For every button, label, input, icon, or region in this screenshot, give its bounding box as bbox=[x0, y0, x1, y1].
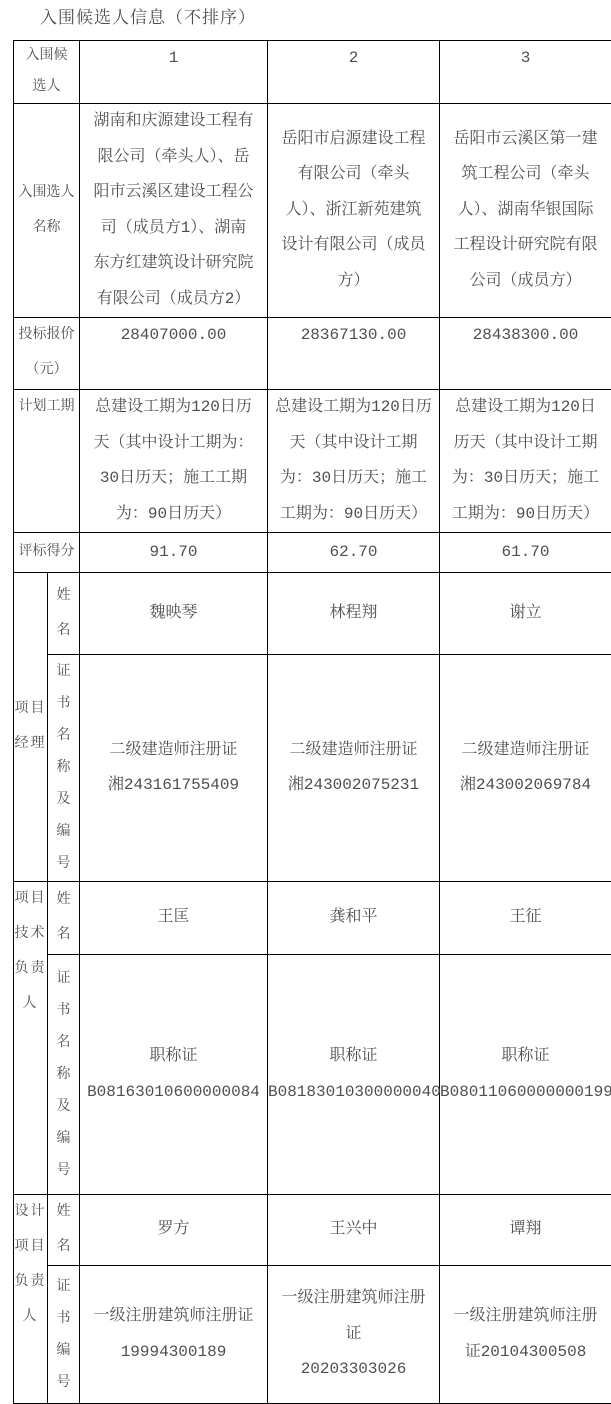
group-label-project-manager: 项目 经理 bbox=[14, 573, 48, 882]
company-name-col3: 岳阳市云溪区第一建 筑工程公司（牵头 人）、湖南华银国际 工程设计研究院有限 公… bbox=[440, 104, 611, 318]
pm-cert-col3: 二级建造师注册证 湘243002069784 bbox=[440, 655, 611, 882]
row-design-cert: 证 书 编 号 一级注册建筑师注册证 19994300189 一级注册建筑师注册… bbox=[14, 1266, 611, 1404]
row-company-name: 入围选人 名称 湖南和庆源建设工程有 限公司（牵头人）、岳 阳市云溪区建设工程公… bbox=[14, 104, 611, 318]
design-cert-col2: 一级注册建筑师注册 证 20203303026 bbox=[268, 1266, 440, 1404]
page-title: 入围候选人信息（不排序） bbox=[40, 8, 611, 32]
row-label-planned-duration: 计划工期 bbox=[14, 390, 80, 533]
candidate-index-col3: 3 bbox=[440, 41, 611, 104]
group-label-design-director: 设计 项目 负责 人 bbox=[14, 1195, 48, 1404]
company-name-col2: 岳阳市启源建设工程 有限公司（牵头 人）、浙江新苑建筑 设计有限公司（成员 方） bbox=[268, 104, 440, 318]
tech-cert-col3: 职称证 B08011060000000199 bbox=[440, 955, 611, 1195]
planned-duration-col1: 总建设工期为120日历 天（其中设计工期为： 30日历天；施工工期 为：90日历… bbox=[80, 390, 268, 533]
pm-name-col2: 林程翔 bbox=[268, 573, 440, 655]
row-label-company-name: 入围选人 名称 bbox=[14, 104, 80, 318]
group-label-technical-director: 项目 技术 负责 人 bbox=[14, 882, 48, 1195]
pm-name-col1: 魏映琴 bbox=[80, 573, 268, 655]
evaluation-score-col1: 91.70 bbox=[80, 533, 268, 573]
tech-name-label: 姓 名 bbox=[48, 882, 80, 955]
design-name-col2: 王兴中 bbox=[268, 1195, 440, 1266]
design-name-col1: 罗方 bbox=[80, 1195, 268, 1266]
tech-name-col1: 王匡 bbox=[80, 882, 268, 955]
design-name-col3: 谭翔 bbox=[440, 1195, 611, 1266]
tech-name-col3: 王征 bbox=[440, 882, 611, 955]
row-candidate-index: 入围候 选人 1 2 3 bbox=[14, 41, 611, 104]
design-cert-col3: 一级注册建筑师注册 证20104300508 bbox=[440, 1266, 611, 1404]
planned-duration-col3: 总建设工期为120日 历天（其中设计工期 为：30日历天；施工 工期为：90日历… bbox=[440, 390, 611, 533]
pm-name-label: 姓 名 bbox=[48, 573, 80, 655]
candidate-index-col1: 1 bbox=[80, 41, 268, 104]
row-label-bid-price: 投标报价 （元） bbox=[14, 318, 80, 390]
bid-price-col1: 28407000.00 bbox=[80, 318, 268, 390]
design-cert-col1: 一级注册建筑师注册证 19994300189 bbox=[80, 1266, 268, 1404]
row-tech-name: 项目 技术 负责 人 姓 名 王匡 龚和平 王征 bbox=[14, 882, 611, 955]
row-label-evaluation-score: 评标得分 bbox=[14, 533, 80, 573]
pm-cert-col2: 二级建造师注册证 湘243002075231 bbox=[268, 655, 440, 882]
row-pm-name: 项目 经理 姓 名 魏映琴 林程翔 谢立 bbox=[14, 573, 611, 655]
row-planned-duration: 计划工期 总建设工期为120日历 天（其中设计工期为： 30日历天；施工工期 为… bbox=[14, 390, 611, 533]
evaluation-score-col3: 61.70 bbox=[440, 533, 611, 573]
row-pm-cert: 证 书 名 称 及 编 号 二级建造师注册证 湘243161755409 二级建… bbox=[14, 655, 611, 882]
candidates-table: 入围候 选人 1 2 3 入围选人 名称 湖南和庆源建设工程有 限公司（牵头人）… bbox=[13, 40, 611, 1404]
evaluation-score-col2: 62.70 bbox=[268, 533, 440, 573]
tech-name-col2: 龚和平 bbox=[268, 882, 440, 955]
pm-name-col3: 谢立 bbox=[440, 573, 611, 655]
tech-cert-col2: 职称证 B08183010300000040 bbox=[268, 955, 440, 1195]
row-bid-price: 投标报价 （元） 28407000.00 28367130.00 2843830… bbox=[14, 318, 611, 390]
row-evaluation-score: 评标得分 91.70 62.70 61.70 bbox=[14, 533, 611, 573]
design-name-label: 姓 名 bbox=[48, 1195, 80, 1266]
page: 入围候选人信息（不排序） 入围候 选人 1 2 3 入围选人 名称 湖南和庆源建… bbox=[0, 0, 611, 1404]
row-tech-cert: 证 书 名 称 及 编 号 职称证 B08163010600000084 职称证… bbox=[14, 955, 611, 1195]
design-cert-label: 证 书 编 号 bbox=[48, 1266, 80, 1404]
pm-cert-col1: 二级建造师注册证 湘243161755409 bbox=[80, 655, 268, 882]
bid-price-col2: 28367130.00 bbox=[268, 318, 440, 390]
tech-cert-label: 证 书 名 称 及 编 号 bbox=[48, 955, 80, 1195]
candidate-index-col2: 2 bbox=[268, 41, 440, 104]
tech-cert-col1: 职称证 B08163010600000084 bbox=[80, 955, 268, 1195]
row-design-name: 设计 项目 负责 人 姓 名 罗方 王兴中 谭翔 bbox=[14, 1195, 611, 1266]
planned-duration-col2: 总建设工期为120日历 天（其中设计工期 为：30日历天；施工 工期为：90日历… bbox=[268, 390, 440, 533]
bid-price-col3: 28438300.00 bbox=[440, 318, 611, 390]
pm-cert-label: 证 书 名 称 及 编 号 bbox=[48, 655, 80, 882]
row-label-candidate-index: 入围候 选人 bbox=[14, 41, 80, 104]
company-name-col1: 湖南和庆源建设工程有 限公司（牵头人）、岳 阳市云溪区建设工程公 司（成员方1）… bbox=[80, 104, 268, 318]
